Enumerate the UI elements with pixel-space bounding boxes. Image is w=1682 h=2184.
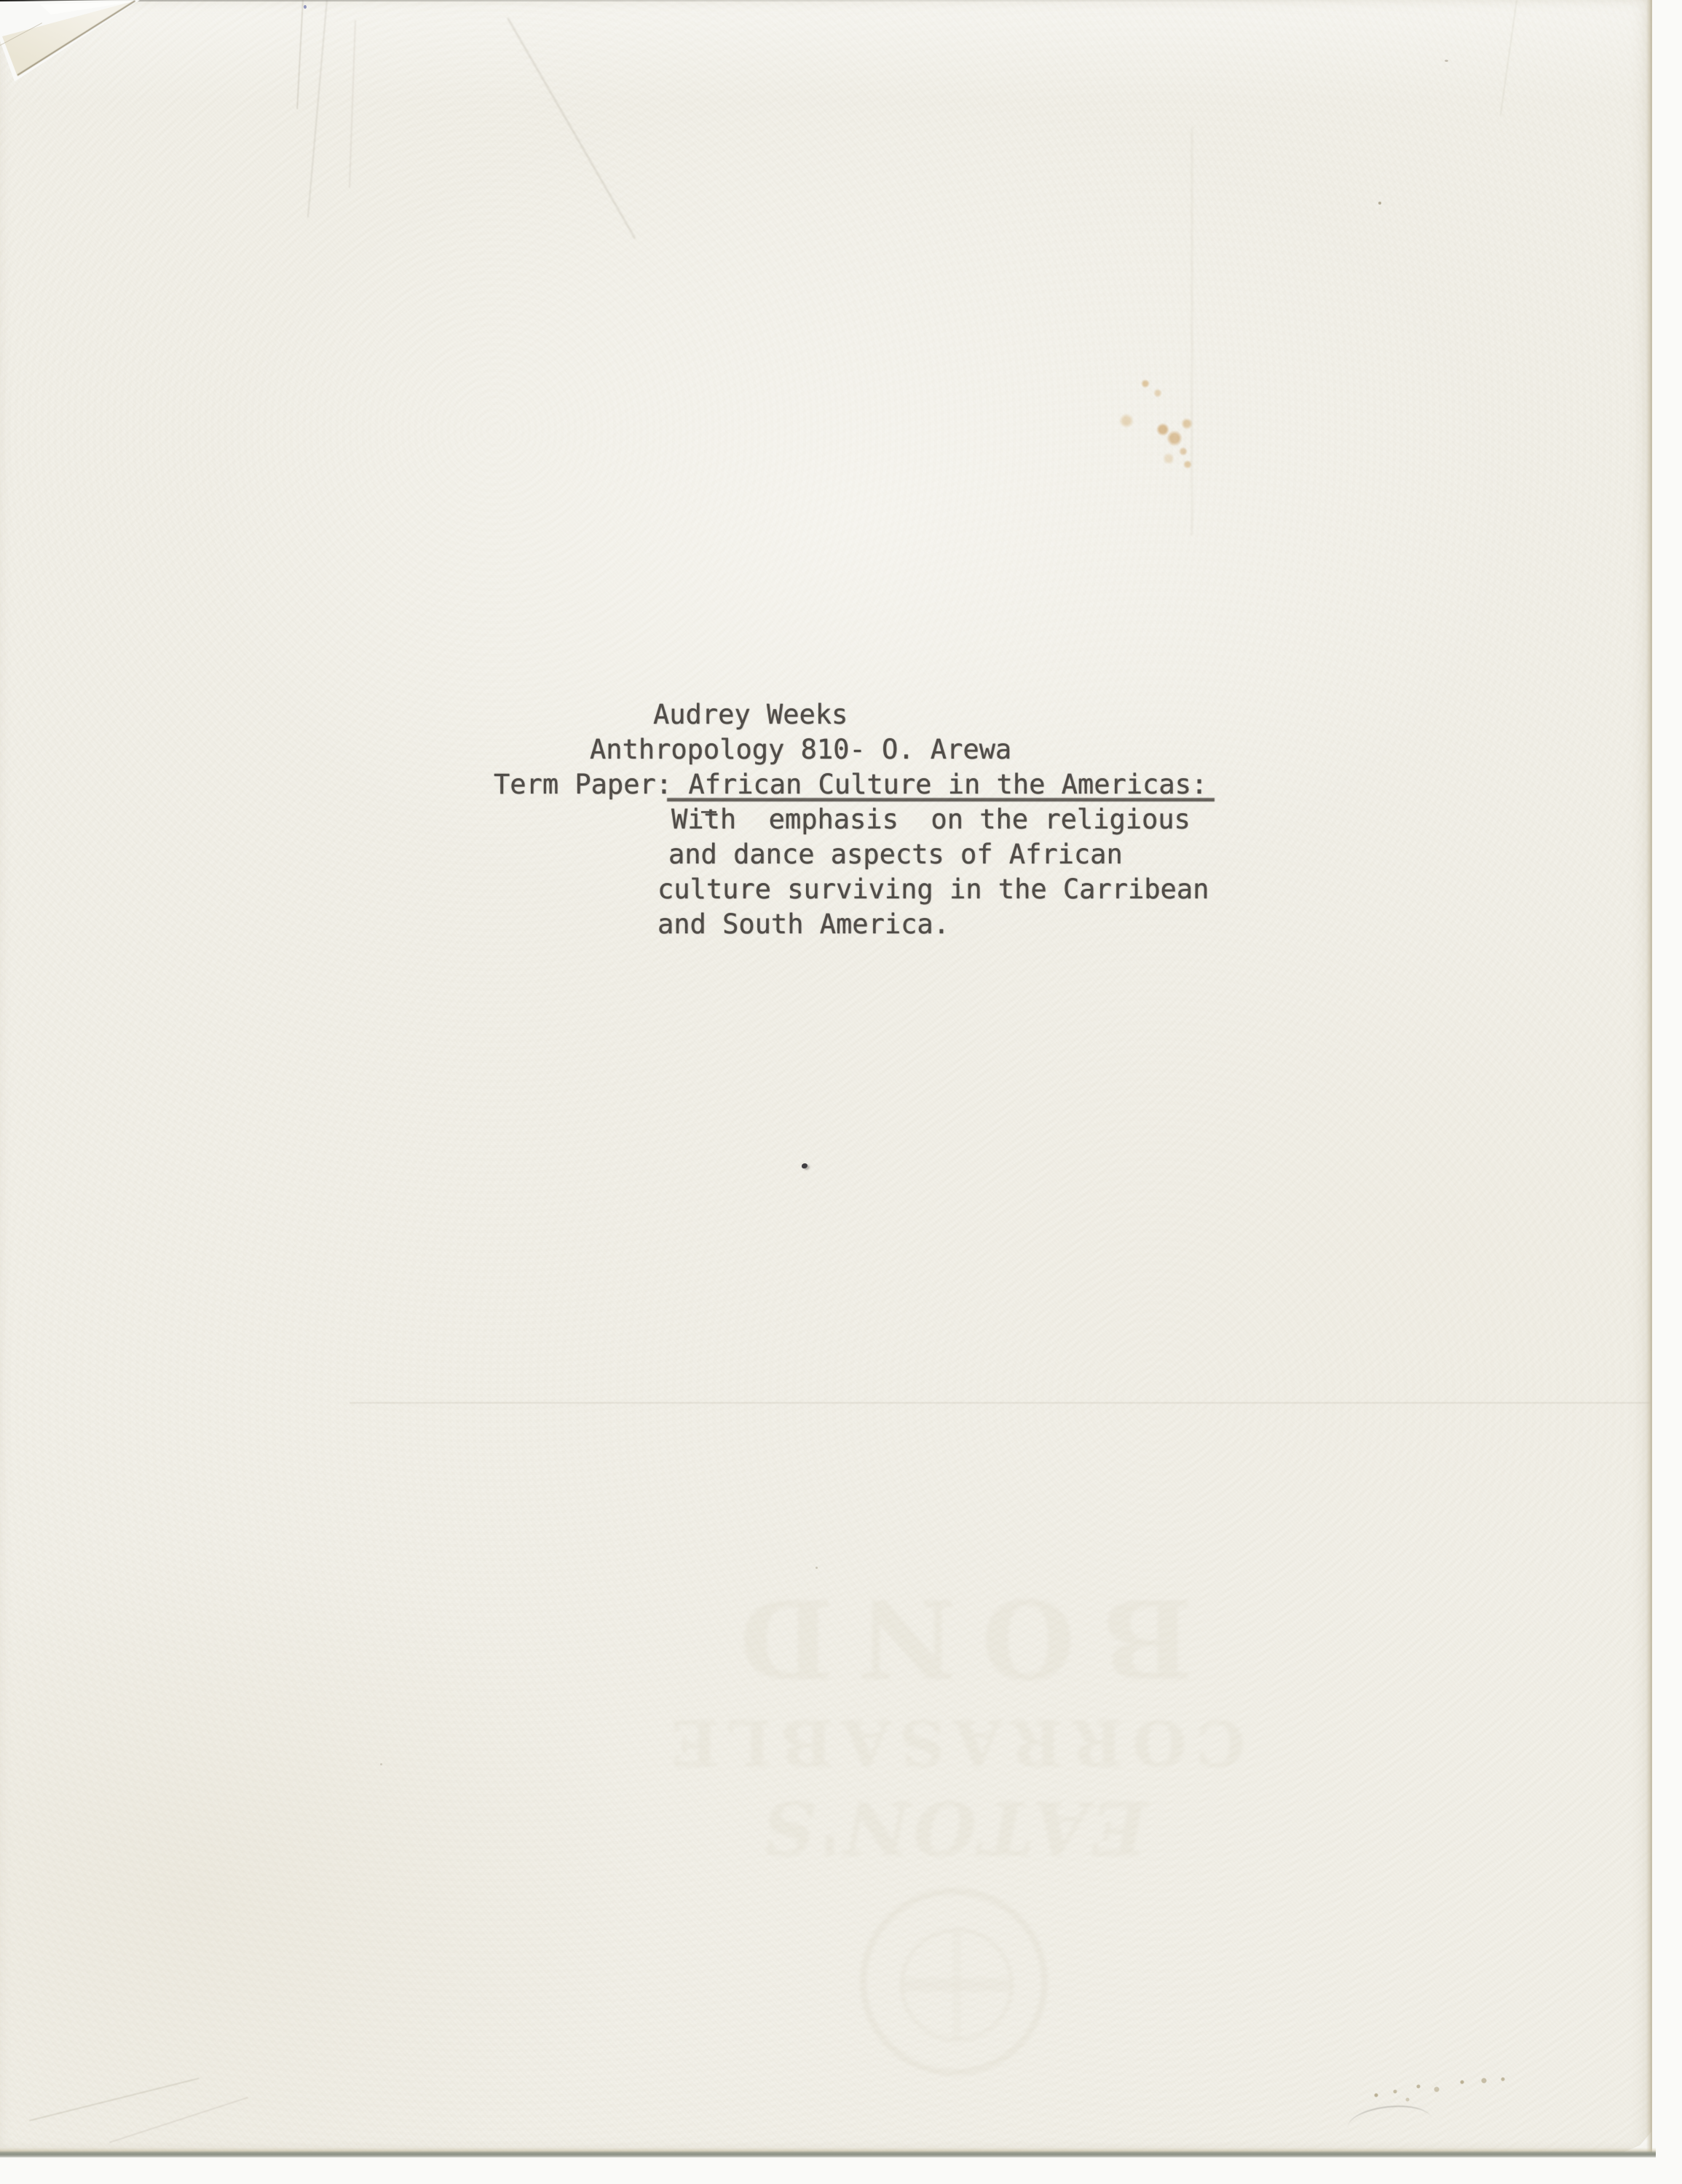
watermark-crest-inner-icon <box>900 1928 1014 2041</box>
pencil-mark <box>1346 2102 1432 2131</box>
paper-speck <box>816 1567 818 1569</box>
typed-line-subtitle-3: culture surviving in the Carribean <box>658 875 1209 904</box>
typed-line-subtitle-2: and dance aspects of African <box>668 840 1123 869</box>
typed-line-title: Term Paper: African Culture in the Ameri… <box>494 770 1207 799</box>
watermark-brand-line: EATON'S <box>626 1785 1282 1869</box>
crease-line <box>507 17 636 239</box>
crease-line <box>1191 127 1193 535</box>
paper-bottom-edge <box>0 2148 1656 2158</box>
title-underline <box>667 798 1215 802</box>
crease-line <box>29 2078 199 2121</box>
typewriter-overstrike-mark <box>701 811 716 813</box>
typed-line-subtitle-1: With emphasis on the religious <box>671 805 1191 834</box>
crease-line <box>296 0 304 109</box>
paper-speck <box>1378 202 1381 205</box>
crease-line <box>349 20 356 188</box>
foxing-stain <box>1118 371 1216 477</box>
paper-speck <box>1445 60 1448 62</box>
paper-top-edge <box>0 0 1383 1</box>
typed-line-course: Anthropology 810- O. Arewa <box>590 735 1011 764</box>
paper-sheet: EATON'S CORRASABLE BOND Audrey Weeks Ant… <box>0 0 1651 2155</box>
typed-line-subtitle-4: and South America. <box>658 910 949 939</box>
term-paper-label: Term Paper: <box>494 769 688 800</box>
watermark-brand-line: CORRASABLE <box>626 1704 1282 1779</box>
paper-speck <box>380 1763 382 1765</box>
fold-crease-line <box>350 1402 1650 1404</box>
ink-speck <box>802 1163 808 1168</box>
typed-line-author: Audrey Weeks <box>653 700 848 729</box>
paper-right-edge <box>1646 0 1652 2155</box>
watermark-brand-line: BOND <box>626 1576 1282 1700</box>
crease-line <box>307 0 328 218</box>
watermark-crest-icon <box>860 1888 1048 2076</box>
folded-corner <box>0 0 167 102</box>
crease-line <box>1500 0 1517 116</box>
title-colon: : <box>1191 769 1207 800</box>
ink-speck <box>304 5 307 9</box>
dirt-smudge <box>1367 2072 1522 2108</box>
crease-line <box>109 2097 248 2143</box>
paper-title-text: African Culture in the Americas <box>688 769 1191 800</box>
paper-watermark: EATON'S CORRASABLE BOND <box>626 1576 1282 2076</box>
